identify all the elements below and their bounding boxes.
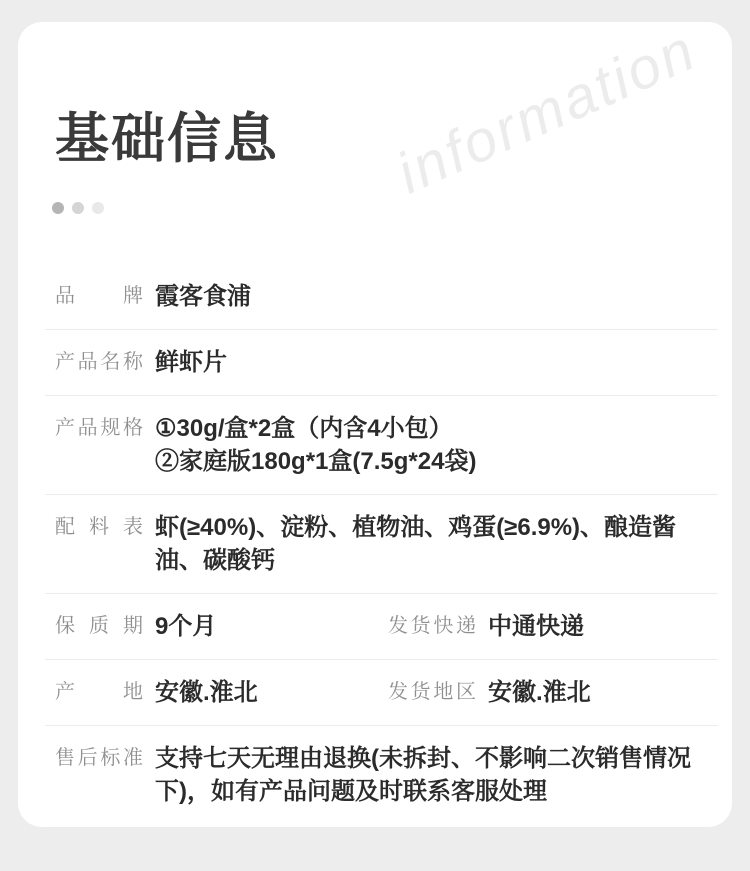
field-value-spec: ①30g/盒*2盒（内含4小包） ②家庭版180g*1盒(7.5g*24袋): [155, 412, 718, 478]
cell-shipping-area: 发货地区 安徽.淮北: [388, 676, 718, 709]
table-row-brand: 品牌 霞客食浦: [45, 264, 718, 329]
field-value-ingredients: 虾(≥40%)、淀粉、植物油、鸡蛋(≥6.9%)、酿造酱油、碳酸钙: [155, 511, 718, 577]
field-label-product-name: 产品名称: [55, 346, 143, 379]
field-value-origin: 安徽.淮北: [155, 676, 388, 709]
carousel-dot: [92, 202, 104, 214]
field-value-product-name: 鲜虾片: [155, 346, 718, 379]
field-label-aftersales: 售后标准: [55, 742, 143, 775]
table-row-product-name: 产品名称 鲜虾片: [45, 329, 718, 395]
carousel-dots: [52, 202, 732, 214]
field-value-shipping-area: 安徽.淮北: [488, 676, 718, 709]
field-label-shelf-life: 保质期: [55, 610, 143, 643]
field-label-ingredients: 配料表: [55, 511, 143, 544]
field-value-aftersales: 支持七天无理由退换(未拆封、不影响二次销售情况下)，如有产品问题及时联系客服处理: [155, 742, 718, 808]
field-value-shipping-courier: 中通快递: [488, 610, 718, 643]
field-label-origin: 产地: [55, 676, 143, 709]
table-row-origin-shipfrom: 产地 安徽.淮北 发货地区 安徽.淮北: [45, 659, 718, 725]
field-value-shelf-life: 9个月: [155, 610, 388, 643]
table-row-spec: 产品规格 ①30g/盒*2盒（内含4小包） ②家庭版180g*1盒(7.5g*2…: [45, 395, 718, 494]
field-label-shipping-courier: 发货快递: [388, 610, 476, 643]
cell-shipping-courier: 发货快递 中通快递: [388, 610, 718, 643]
table-row-shelflife-courier: 保质期 9个月 发货快递 中通快递: [45, 593, 718, 659]
product-info-table: 品牌 霞客食浦 产品名称 鲜虾片 产品规格 ①30g/盒*2盒（内含4小包） ②…: [45, 264, 718, 824]
cell-shelf-life: 保质期 9个月: [55, 610, 388, 643]
section-title: 基础信息: [55, 110, 732, 168]
field-label-shipping-area: 发货地区: [388, 676, 476, 709]
table-row-ingredients: 配料表 虾(≥40%)、淀粉、植物油、鸡蛋(≥6.9%)、酿造酱油、碳酸钙: [45, 494, 718, 593]
field-value-brand: 霞客食浦: [155, 280, 718, 313]
table-row-aftersales: 售后标准 支持七天无理由退换(未拆封、不影响二次销售情况下)，如有产品问题及时联…: [45, 725, 718, 824]
field-label-brand: 品牌: [55, 280, 143, 313]
field-label-spec: 产品规格: [55, 412, 143, 445]
cell-origin: 产地 安徽.淮北: [55, 676, 388, 709]
carousel-dot: [52, 202, 64, 214]
product-info-card: information 基础信息 品牌 霞客食浦 产品名称 鲜虾片 产品规格 ①…: [18, 22, 732, 827]
carousel-dot: [72, 202, 84, 214]
